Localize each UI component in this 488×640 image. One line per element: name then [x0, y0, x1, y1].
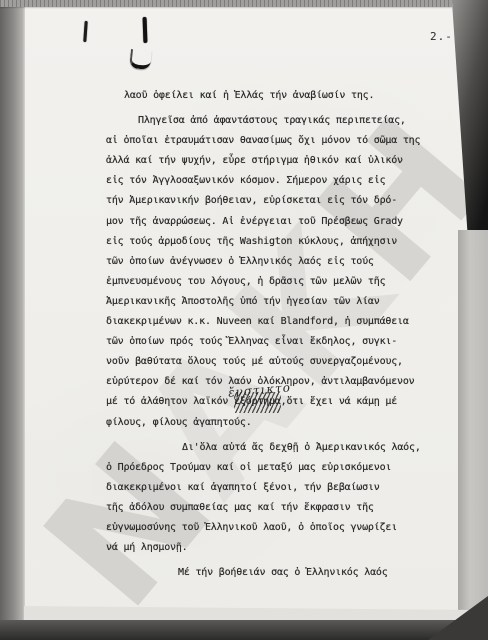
typewritten-line: ὁ Πρόεδρος Τρούμαν καί οἱ μεταξύ μας εὑρ…: [106, 458, 446, 478]
typewritten-line: ἀλλά καί τήν ψυχήν, εὗρε στήριγμα ἠθικόν…: [106, 151, 446, 171]
ink-hook-mark: [129, 49, 152, 70]
typewritten-line: τῶν ὁποίων ἀνέγνωσεν ὁ Ἑλληνικός λαός εἰ…: [106, 252, 446, 272]
line-text: μέ τό ἀλάθητον λαϊκόν: [106, 396, 234, 407]
paper: ΝΑΚΗ 2.- λαοῦ ὀφείλει καί ἡ Ἑλλάς τήν ἀν…: [0, 0, 488, 640]
typewritten-line: διακεκριμένοι καί ἀγαπητοί ξένοι, τήν βε…: [106, 478, 446, 498]
ink-dash-mark: [83, 21, 87, 42]
line-text: ,ὅτι ἔχει νά κάμῃ μέ: [281, 396, 397, 407]
scan-edge-right: [458, 230, 488, 640]
typewritten-line: Μέ τήν βοήθειάν σας ὁ Ἑλληνικός λαός: [106, 563, 446, 583]
ink-stroke-mark: [143, 17, 148, 43]
page-number: 2.-: [430, 30, 453, 43]
typewritten-line: εἰς τούς ἁρμοδίους τῆς Washigton κύκλους…: [106, 232, 446, 252]
typewritten-text: λαοῦ ὀφείλει καί ἡ Ἑλλάς τήν ἀναβίωσίν τ…: [106, 86, 446, 583]
paragraph: λαοῦ ὀφείλει καί ἡ Ἑλλάς τήν ἀναβίωσίν τ…: [106, 86, 446, 106]
typewritten-line: νοῦν βαθύτατα ὅλους τούς μέ αὐτούς συνερ…: [106, 352, 446, 372]
scan-edge-top-stitching: [0, 0, 452, 7]
scanned-letter-page: ΝΑΚΗ 2.- λαοῦ ὀφείλει καί ἡ Ἑλλάς τήν ἀν…: [0, 0, 488, 640]
paragraph: Δι'ὅλα αὐτά ἄς δεχθῇ ὁ Ἀμερικανικός λαός…: [106, 438, 446, 559]
paragraph: Πληγεῖσα ἀπό ἀφαντάστους τραγικάς περιπε…: [106, 111, 446, 433]
typewritten-line: εἰς τόν Ἀγγλοσαξωνικόν κόσμον. Σήμερον χ…: [106, 171, 446, 191]
typewritten-line: αἱ ὁποῖαι ἐτραυμάτισαν θανασίμως ὄχι μόν…: [106, 131, 446, 151]
typewritten-line: διακεκριμένων κ.κ. Nuveen καί Blandford,…: [106, 312, 446, 332]
typewritten-line: Πληγεῖσα ἀπό ἀφαντάστους τραγικάς περιπε…: [106, 111, 446, 131]
typewritten-line: φίλους, φίλους ἀγαπητούς.: [106, 413, 446, 433]
typewritten-line: τῆς ἀδόλου συμπαθείας μας καί τήν ἔκφρασ…: [106, 498, 446, 518]
typewritten-line: λαοῦ ὀφείλει καί ἡ Ἑλλάς τήν ἀναβίωσίν τ…: [106, 86, 446, 106]
paragraph: Μέ τήν βοήθειάν σας ὁ Ἑλληνικός λαός: [106, 563, 446, 583]
scan-edge-bottom: [0, 620, 488, 640]
typewritten-line: τῶν ὁποίων πρός τούς Ἕλληνας εἶναι ἔκδηλ…: [106, 332, 446, 352]
typewritten-line: τήν Ἀμερικανικήν βοήθειαν, εὑρίσκεται εἰ…: [106, 191, 446, 211]
typewritten-line: ἐμπνευσμένους του λόγους, ἡ δρᾶσις τῶν μ…: [106, 272, 446, 292]
typewritten-line: μέ τό ἀλάθητον λαϊκόν ἐξόρτημαἔνστικτο,ὅ…: [106, 392, 446, 412]
struck-word: ἐξόρτημαἔνστικτο: [234, 392, 281, 412]
typewritten-line: Δι'ὅλα αὐτά ἄς δεχθῇ ὁ Ἀμερικανικός λαός…: [106, 438, 446, 458]
typewritten-line: Ἀμερικανικῆς Ἀποστολῆς ὑπό τήν ἡγεσίαν τ…: [106, 292, 446, 312]
typewritten-line: νά μή λησμονῇ.: [106, 538, 446, 558]
typewritten-line: εὐγνωμοσύνης τοῦ Ἑλληνικοῦ λαοῦ, ὁ ὁποῖο…: [106, 518, 446, 538]
typewritten-line: μον τῆς ἀναρρώσεως. Αἱ ἐνέργειαι τοῦ Πρέ…: [106, 212, 446, 232]
scan-edge-left: [0, 0, 25, 640]
